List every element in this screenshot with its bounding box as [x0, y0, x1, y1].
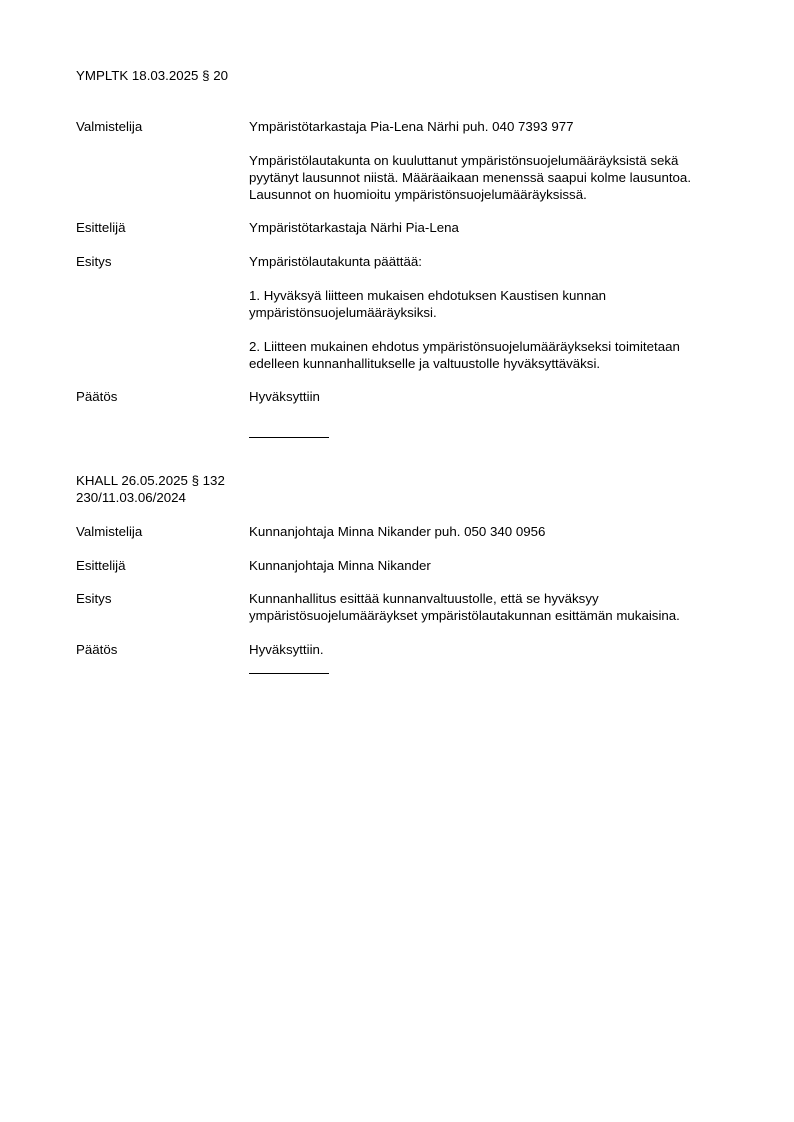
section1-valmistelija-label: Valmistelija	[76, 118, 142, 135]
section2-esittelija-value: Kunnanjohtaja Minna Nikander	[249, 557, 431, 574]
section2-header-line-2: 230/11.03.06/2024	[76, 489, 186, 506]
section2-esittelija-label: Esittelijä	[76, 557, 126, 574]
section2-paatos-label: Päätös	[76, 641, 117, 658]
section2-valmistelija-value: Kunnanjohtaja Minna Nikander puh. 050 34…	[249, 523, 545, 540]
section2-esitys-line-2: ympäristösuojelumääräykset ympäristölaut…	[249, 607, 680, 624]
section1-esitys-value: Ympäristölautakunta päättää:	[249, 253, 422, 270]
section1-header: YMPLTK 18.03.2025 § 20	[76, 67, 228, 84]
section1-item2-line-1: 2. Liitteen mukainen ehdotus ympäristöns…	[249, 338, 680, 355]
section2-valmistelija-label: Valmistelija	[76, 523, 142, 540]
section2-end-rule	[249, 673, 329, 674]
section2-esitys-line-1: Kunnanhallitus esittää kunnanvaltuustoll…	[249, 590, 599, 607]
section1-intro-line-3: Lausunnot on huomioitu ympäristönsuojelu…	[249, 186, 587, 203]
section2-paatos-value: Hyväksyttiin.	[249, 641, 324, 658]
section2-esitys-label: Esitys	[76, 590, 111, 607]
section1-esitys-label: Esitys	[76, 253, 111, 270]
section1-item2-line-2: edelleen kunnanhallitukselle ja valtuust…	[249, 355, 600, 372]
section2-header-line-1: KHALL 26.05.2025 § 132	[76, 472, 225, 489]
section1-intro-line-1: Ympäristölautakunta on kuuluttanut ympär…	[249, 152, 678, 169]
section1-paatos-label: Päätös	[76, 388, 117, 405]
section1-valmistelija-value: Ympäristötarkastaja Pia-Lena Närhi puh. …	[249, 118, 574, 135]
section1-paatos-value: Hyväksyttiin	[249, 388, 320, 405]
section1-esittelija-value: Ympäristötarkastaja Närhi Pia-Lena	[249, 219, 459, 236]
section1-esittelija-label: Esittelijä	[76, 219, 126, 236]
section1-item1-line-1: 1. Hyväksyä liitteen mukaisen ehdotuksen…	[249, 287, 606, 304]
section1-end-rule	[249, 437, 329, 438]
section1-intro-line-2: pyytänyt lausunnot niistä. Määräaikaan m…	[249, 169, 691, 186]
section1-item1-line-2: ympäristönsuojelumääräyksiksi.	[249, 304, 437, 321]
